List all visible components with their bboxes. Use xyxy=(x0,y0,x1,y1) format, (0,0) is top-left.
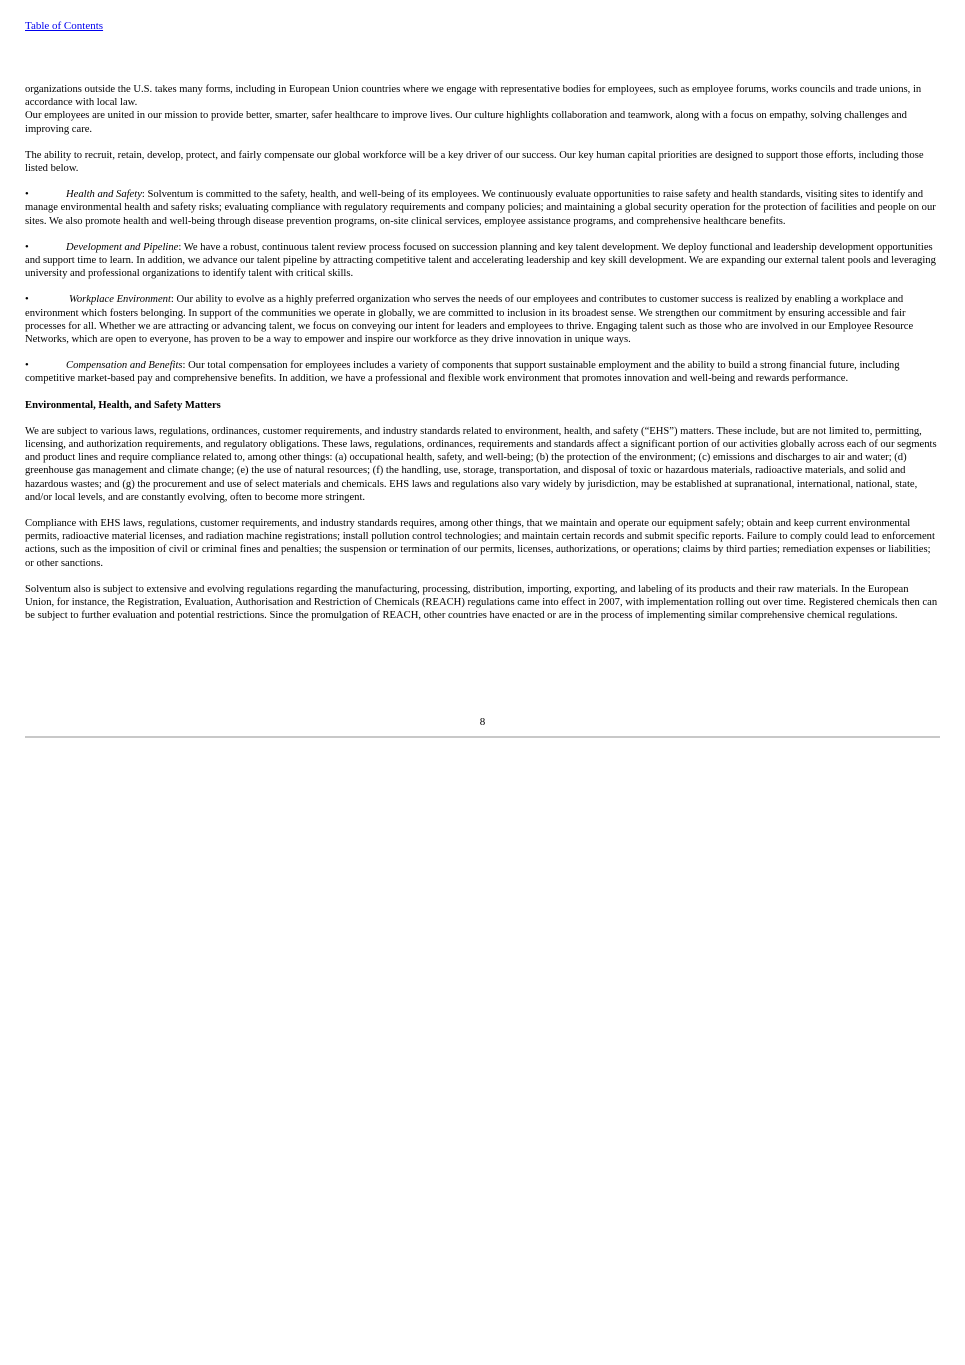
paragraph-mission: Our employees are united in our mission … xyxy=(25,109,940,135)
paragraph-ehs-laws: We are subject to various laws, regulati… xyxy=(25,425,940,504)
section-heading-ehs: Environmental, Health, and Safety Matter… xyxy=(25,399,940,412)
paragraph-reach: Solventum also is subject to extensive a… xyxy=(25,583,940,623)
bullet-marker: • xyxy=(25,359,66,372)
bullet-health-safety: •Health and Safety: Solventum is committ… xyxy=(25,188,940,228)
bullet-title: Development and Pipeline xyxy=(66,242,178,253)
paragraph-labor-relations: organizations outside the U.S. takes man… xyxy=(25,83,940,109)
bullet-text: : Solventum is committed to the safety, … xyxy=(25,189,936,226)
bullet-marker: • xyxy=(25,188,66,201)
page-divider xyxy=(25,736,940,738)
paragraph-human-capital: The ability to recruit, retain, develop,… xyxy=(25,149,940,175)
bullet-workplace-environment: •Workplace Environment: Our ability to e… xyxy=(25,293,940,346)
page-number: 8 xyxy=(0,716,965,729)
paragraph-ehs-compliance: Compliance with EHS laws, regulations, c… xyxy=(25,517,940,570)
bullet-marker: • xyxy=(25,241,66,254)
bullet-marker: • xyxy=(25,293,69,306)
bullet-development-pipeline: •Development and Pipeline: We have a rob… xyxy=(25,241,940,281)
bullet-title: Compensation and Benefits xyxy=(66,360,183,371)
bullet-title: Health and Safety xyxy=(66,189,142,200)
bullet-compensation-benefits: •Compensation and Benefits: Our total co… xyxy=(25,359,940,385)
page-body: organizations outside the U.S. takes man… xyxy=(25,83,940,623)
bullet-title: Workplace Environment xyxy=(69,294,171,305)
table-of-contents-link[interactable]: Table of Contents xyxy=(25,20,103,33)
